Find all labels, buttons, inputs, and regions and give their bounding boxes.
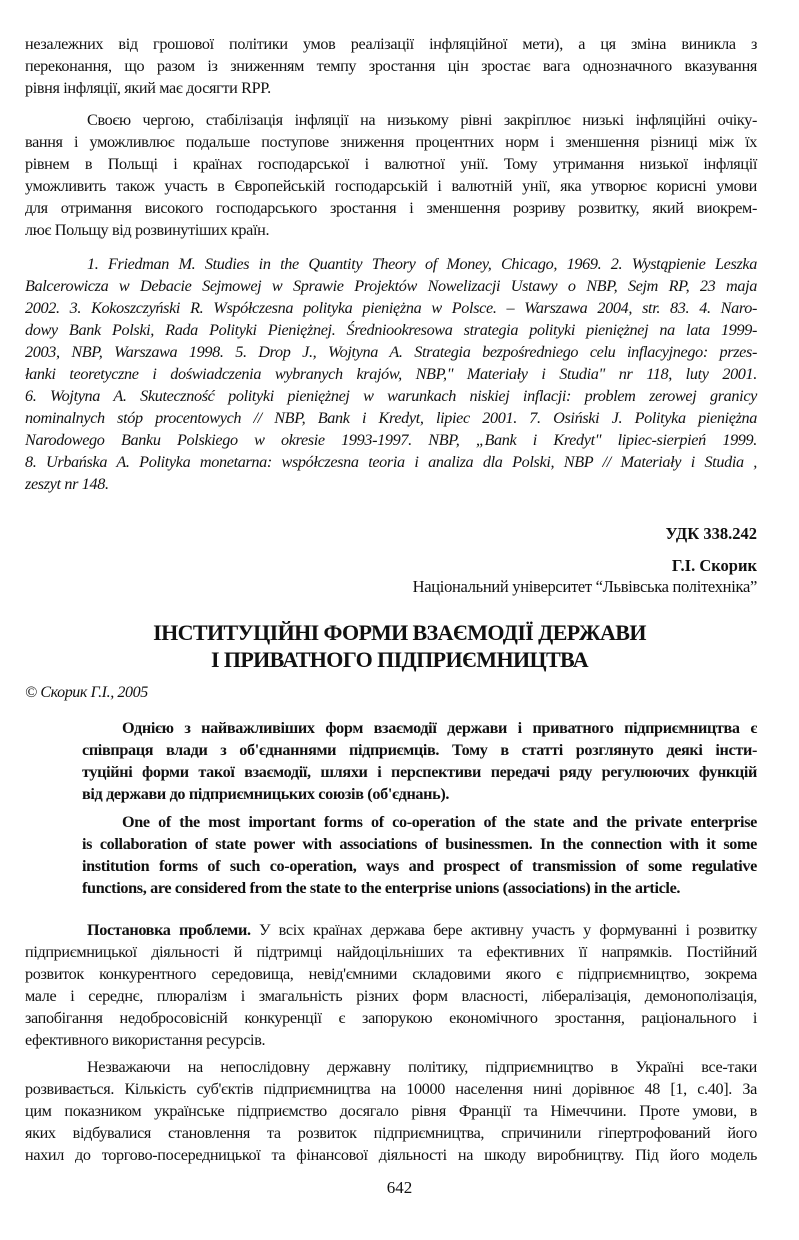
abstract-line: Однією з найважливіших форм взаємодії де… — [122, 718, 757, 738]
text-line: для отримання високого господарського зр… — [25, 198, 757, 218]
reference-line: 2003, NBP, Warszawa 1998. 5. Drop J., Wo… — [25, 342, 757, 362]
abstract-line: від держави до підприємницьких союзів (о… — [82, 784, 757, 804]
reference-line: 2002. 3. Kokoszczyński R. Współczesna po… — [25, 298, 757, 318]
reference-line: łanki teoretyczne i doświadczenia wybran… — [25, 364, 757, 384]
text-line: Незважаючи на непослідовну державну полі… — [87, 1057, 757, 1077]
text-line: мале і середнє, плюралізм і змагальність… — [25, 986, 757, 1006]
abstract-line: institution forms of such co-operation, … — [82, 856, 757, 876]
text-line: вання і уможливлює подальше поступове зн… — [25, 132, 757, 152]
text-line: цим показником українське підприємство д… — [25, 1101, 757, 1121]
text-line: ефективного використання ресурсів. — [25, 1030, 757, 1050]
reference-line: zeszyt nr 148. — [25, 474, 757, 494]
text-line: розвиток конкурентного середовища, невід… — [25, 964, 757, 984]
abstract-line: is collaboration of state power with ass… — [82, 834, 757, 854]
text-line: розвивається. Кількість суб'єктів підпри… — [25, 1079, 757, 1099]
text-line: лює Польщу від розвинутіших країн. — [25, 220, 757, 240]
udc-code: УДК 338.242 — [665, 524, 757, 544]
reference-line: Narodowego Banku Polskiego w okresie 199… — [25, 430, 757, 450]
page-number: 642 — [0, 1178, 799, 1198]
text-line: нахил до торгово-посередницької та фінан… — [25, 1145, 757, 1165]
reference-line: dowy Bank Polski, Rada Polityki Pieniężn… — [25, 320, 757, 340]
document-page: незалежних від грошової політики умов ре… — [0, 0, 799, 1240]
copyright-notice: © Скорик Г.І., 2005 — [25, 684, 148, 702]
text-line: запобігання недобросовісній конкуренції … — [25, 1008, 757, 1028]
text-line: яких відбувалися становлення та розвиток… — [25, 1123, 757, 1143]
text-line: уможливить також участь в Європейській г… — [25, 176, 757, 196]
text-line: Постановка проблеми. У всіх країнах держ… — [87, 920, 757, 940]
reference-line: 6. Wojtyna A. Skuteczność polityki pieni… — [25, 386, 757, 406]
text-line: Своєю чергою, стабілізація інфляції на н… — [87, 110, 757, 130]
reference-line: 1. Friedman M. Studies in the Quantity T… — [87, 254, 757, 274]
abstract-line: співпраця влади з об'єднаннями підприємц… — [82, 740, 757, 760]
text-line: незалежних від грошової політики умов ре… — [25, 34, 757, 54]
reference-line: Balcerowicza w Debacie Sejmowej w Sprawi… — [25, 276, 757, 296]
article-title-line-2: І ПРИВАТНОГО ПІДПРИЄМНИЦТВА — [0, 647, 799, 673]
reference-line: 8. Urbańska A. Polityka monetarna: współ… — [25, 452, 757, 472]
text-line: рівнем в Польщі і країнах господарської … — [25, 154, 757, 174]
section-heading: Постановка проблеми. — [87, 921, 251, 939]
reference-line: nominalnych stóp procentowych // NBP, Ba… — [25, 408, 757, 428]
text-span: У всіх країнах держава бере активну учас… — [251, 921, 757, 939]
text-line: підприємницької діяльності й підтримці н… — [25, 942, 757, 962]
abstract-line: functions, are considered from the state… — [82, 878, 757, 898]
abstract-line: туційні форми такої взаємодії, шляхи і п… — [82, 762, 757, 782]
abstract-line: One of the most important forms of co-op… — [122, 812, 757, 832]
article-title-line-1: ІНСТИТУЦІЙНІ ФОРМИ ВЗАЄМОДІЇ ДЕРЖАВИ — [0, 620, 799, 646]
author-name: Г.І. Скорик — [672, 556, 757, 576]
text-line: рівня інфляції, який має досягти RPP. — [25, 78, 757, 98]
author-affiliation: Національний університет “Львівська полі… — [413, 577, 757, 597]
text-line: переконання, що разом із зниженням темпу… — [25, 56, 757, 76]
